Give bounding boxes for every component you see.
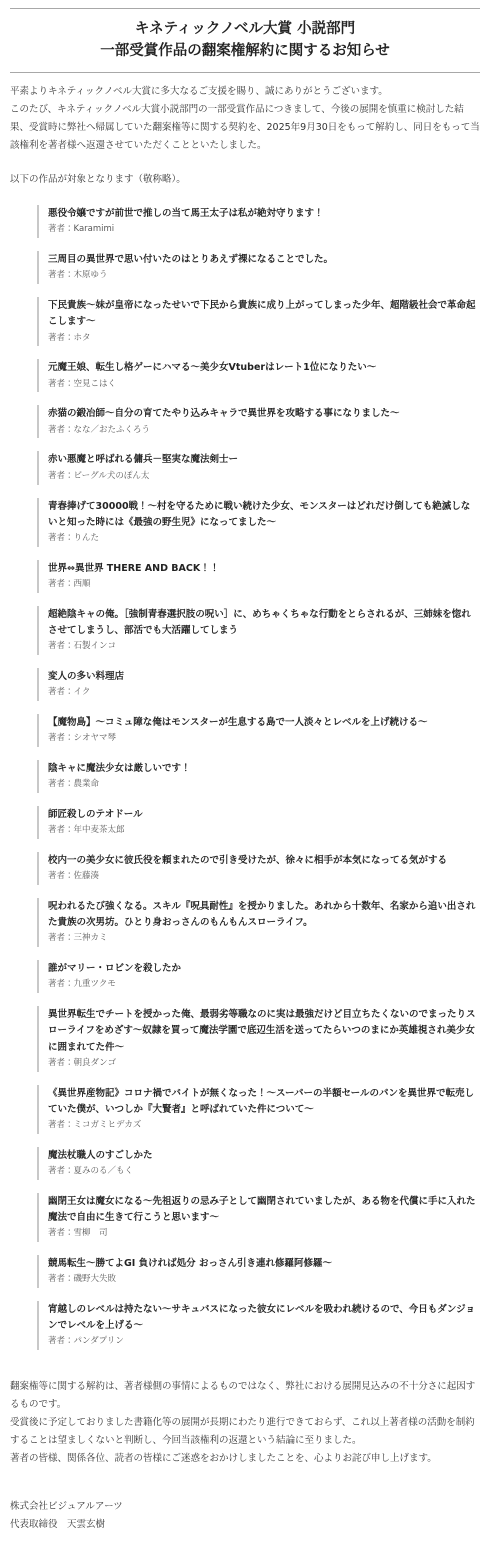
work-title: 下民貴族～妹が皇帝になったせいで下民から貴族に成り上がってしまった少年、超階級社… (48, 298, 478, 330)
work-title: 悪役令嬢ですが前世で推しの当て馬王太子は私が絶対守ります！ (48, 206, 478, 222)
work-title: 《異世界産物記》コロナ禍でバイトが無くなった！～スーパーの半額セールのパンを異世… (48, 1086, 478, 1118)
work-author: 著者：ホタ (48, 333, 478, 345)
author-label: 著者： (48, 425, 74, 435)
author-name: 夏みのる／もく (74, 1166, 134, 1176)
work-title: 青春捧げて30000戦！～村を守るために戦い続けた少女、モンスターはどれだけ倒し… (48, 499, 478, 531)
work-author: 著者：イク (48, 687, 478, 699)
work-item: 悪役令嬢ですが前世で推しの当て馬王太子は私が絶対守ります！ 著者：Karamim… (37, 205, 480, 238)
work-author: 著者：石製インコ (48, 641, 478, 653)
work-author: 著者：ビーグル犬のぽん太 (48, 471, 478, 483)
author-name: ミコガミヒデカズ (74, 1120, 142, 1130)
page-title-line1: キネティックノベル大賞 小説部門 (10, 18, 480, 40)
author-label: 著者： (48, 1120, 74, 1130)
announcement-page: キネティックノベル大賞 小説部門 一部受賞作品の翻案権解約に関するお知らせ 平素… (0, 0, 490, 1549)
signature-line: 代表取締役 天雲玄樹 (10, 1516, 480, 1534)
author-name: りんた (74, 533, 100, 543)
work-title: 幽閉王女は魔女になる～先祖返りの忌み子として幽閉されていましたが、ある物を代償に… (48, 1194, 478, 1226)
works-list: 悪役令嬢ですが前世で推しの当て馬王太子は私が絶対守ります！ 著者：Karamim… (10, 205, 480, 1350)
work-item: 師匠殺しのテオドール 著者：年中麦茶太郎 (37, 806, 480, 839)
author-name: 三神カミ (74, 933, 108, 943)
author-label: 著者： (48, 1336, 74, 1346)
author-label: 著者： (48, 270, 74, 280)
work-title: 校内一の美少女に彼氏役を頼まれたので引き受けたが、徐々に相手が本気になってる気が… (48, 853, 478, 869)
author-name: なな／おたふくろう (74, 425, 151, 435)
work-author: 著者：西順 (48, 579, 478, 591)
work-author: 著者：シオヤマ琴 (48, 733, 478, 745)
work-title: 超絶陰キャの俺。［強制青春選択肢の呪い］に、めちゃくちゃな行動をとらされるが、三… (48, 607, 478, 639)
work-item: 赤猫の鍛冶師～自分の育てたやり込みキャラで異世界を攻略する事になりました～ 著者… (37, 405, 480, 438)
author-name: シオヤマ琴 (74, 733, 117, 743)
work-title: 誰がマリー・ロビンを殺したか (48, 961, 478, 977)
author-label: 著者： (48, 333, 74, 343)
author-name: Karamimi (74, 224, 115, 234)
work-title: 陰キャに魔法少女は厳しいです！ (48, 761, 478, 777)
author-label: 著者： (48, 471, 74, 481)
work-item: 変人の多い料理店 著者：イク (37, 668, 480, 701)
work-author: 著者：磯野大失敗 (48, 1274, 478, 1286)
intro-paragraph: このたび、キネティックノベル大賞小説部門の一部受賞作品につきまして、今後の展開を… (10, 101, 480, 155)
work-title: 【魔物島】～コミュ障な俺はモンスターが生息する島で一人淡々とレベルを上げ続ける～ (48, 715, 478, 731)
work-author: 著者：空見こはく (48, 379, 478, 391)
work-item: 魔法杖職人のすごしかた 著者：夏みのる／もく (37, 1147, 480, 1180)
intro-section: 平素よりキネティックノベル大賞に多大なるご支援を賜り、誠にありがとうございます。… (10, 83, 480, 155)
work-title: 三周目の異世界で思い付いたのはとりあえず裸になることでした。 (48, 252, 478, 268)
work-author: 著者：年中麦茶太郎 (48, 825, 478, 837)
work-item: 世界⇔異世界 THERE AND BACK！！ 著者：西順 (37, 560, 480, 593)
author-label: 著者： (48, 1166, 74, 1176)
work-author: 著者：夏みのる／もく (48, 1166, 478, 1178)
work-title: 赤い悪魔と呼ばれる傭兵－堅実な魔法剣士ー (48, 452, 478, 468)
work-item: 宵越しのレベルは持たない～サキュバスになった彼女にレベルを吸われ続けるので、今日… (37, 1301, 480, 1350)
author-label: 著者： (48, 1058, 74, 1068)
author-name: 磯野大失敗 (74, 1274, 117, 1284)
top-divider (10, 8, 480, 9)
work-author: 著者：雪柳 司 (48, 1228, 478, 1240)
work-author: 著者：パンダプリン (48, 1336, 478, 1348)
work-title: 呪われるたび強くなる。スキル『呪具耐性』を授かりました。あれから十数年、名家から… (48, 899, 478, 931)
work-item: 元魔王娘、転生し格ゲーにハマる～美少女Vtuberはレート1位になりたい～ 著者… (37, 359, 480, 392)
work-title: 元魔王娘、転生し格ゲーにハマる～美少女Vtuberはレート1位になりたい～ (48, 360, 478, 376)
work-item: 【魔物島】～コミュ障な俺はモンスターが生息する島で一人淡々とレベルを上げ続ける～… (37, 714, 480, 747)
work-item: 競馬転生～勝てよGⅠ 負ければ処分 おっさん引き連れ修羅阿修羅～ 著者：磯野大失… (37, 1255, 480, 1288)
work-title: 変人の多い料理店 (48, 669, 478, 685)
author-name: 雪柳 司 (74, 1228, 108, 1238)
work-item: 幽閉王女は魔女になる～先祖返りの忌み子として幽閉されていましたが、ある物を代償に… (37, 1193, 480, 1242)
author-label: 著者： (48, 641, 74, 651)
author-label: 著者： (48, 1228, 74, 1238)
work-item: 呪われるたび強くなる。スキル『呪具耐性』を授かりました。あれから十数年、名家から… (37, 898, 480, 947)
work-item: 誰がマリー・ロビンを殺したか 著者：九重ツクモ (37, 960, 480, 993)
author-label: 著者： (48, 871, 74, 881)
author-label: 著者： (48, 379, 74, 389)
intro-paragraph: 平素よりキネティックノベル大賞に多大なるご支援を賜り、誠にありがとうございます。 (10, 83, 480, 101)
work-title: 世界⇔異世界 THERE AND BACK！！ (48, 561, 478, 577)
signature-section: 株式会社ビジュアルアーツ 代表取締役 天雲玄樹 (10, 1498, 480, 1533)
work-item: 陰キャに魔法少女は厳しいです！ 著者：農業命 (37, 760, 480, 793)
author-label: 著者： (48, 533, 74, 543)
work-author: 著者：佐藤湊 (48, 871, 478, 883)
work-title: 異世界転生でチートを授かった俺、最弱劣等職なのに実は最強だけど目立ちたくないので… (48, 1007, 478, 1055)
author-name: ホタ (74, 333, 91, 343)
author-label: 著者： (48, 1274, 74, 1284)
author-label: 著者： (48, 825, 74, 835)
author-label: 著者： (48, 779, 74, 789)
signature-line: 株式会社ビジュアルアーツ (10, 1498, 480, 1516)
work-author: 著者：ミコガミヒデカズ (48, 1120, 478, 1132)
work-item: 異世界転生でチートを授かった俺、最弱劣等職なのに実は最強だけど目立ちたくないので… (37, 1006, 480, 1071)
author-name: 木原ゆう (74, 270, 108, 280)
author-name: ビーグル犬のぽん太 (74, 471, 150, 481)
author-label: 著者： (48, 979, 74, 989)
author-name: 九重ツクモ (74, 979, 116, 989)
work-author: 著者：九重ツクモ (48, 979, 478, 991)
work-title: 赤猫の鍛冶師～自分の育てたやり込みキャラで異世界を攻略する事になりました～ (48, 406, 478, 422)
work-item: 赤い悪魔と呼ばれる傭兵－堅実な魔法剣士ー 著者：ビーグル犬のぽん太 (37, 451, 480, 484)
work-title: 師匠殺しのテオドール (48, 807, 478, 823)
work-author: 著者：朝良ダンゴ (48, 1058, 478, 1070)
work-author: 著者：木原ゆう (48, 270, 478, 282)
closing-paragraph: 翻案権等に関する解約は、著者様側の事情によるものではなく、弊社における展開見込み… (10, 1378, 480, 1414)
list-intro-text: 以下の作品が対象となります（敬称略）。 (10, 171, 480, 189)
work-item: 超絶陰キャの俺。［強制青春選択肢の呪い］に、めちゃくちゃな行動をとらされるが、三… (37, 606, 480, 655)
author-label: 著者： (48, 933, 74, 943)
closing-paragraph: 受賞後に予定しておりました書籍化等の展開が長期にわたり進行できておらず、これ以上… (10, 1414, 480, 1450)
author-label: 著者： (48, 579, 74, 589)
work-author: 著者：三神カミ (48, 933, 478, 945)
author-name: パンダプリン (74, 1336, 124, 1346)
work-author: 著者：りんた (48, 533, 478, 545)
page-title-line2: 一部受賞作品の翻案権解約に関するお知らせ (10, 40, 480, 62)
work-item: 《異世界産物記》コロナ禍でバイトが無くなった！～スーパーの半額セールのパンを異世… (37, 1085, 480, 1134)
work-item: 三周目の異世界で思い付いたのはとりあえず裸になることでした。 著者：木原ゆう (37, 251, 480, 284)
author-label: 著者： (48, 224, 74, 234)
author-label: 著者： (48, 687, 74, 697)
author-name: 朝良ダンゴ (74, 1058, 117, 1068)
author-name: 佐藤湊 (74, 871, 100, 881)
author-name: 空見こはく (74, 379, 117, 389)
author-name: 年中麦茶太郎 (74, 825, 125, 835)
work-item: 校内一の美少女に彼氏役を頼まれたので引き受けたが、徐々に相手が本気になってる気が… (37, 852, 480, 885)
author-label: 著者： (48, 733, 74, 743)
work-title: 魔法杖職人のすごしかた (48, 1148, 478, 1164)
closing-section: 翻案権等に関する解約は、著者様側の事情によるものではなく、弊社における展開見込み… (10, 1378, 480, 1468)
page-title: キネティックノベル大賞 小説部門 一部受賞作品の翻案権解約に関するお知らせ (10, 18, 480, 63)
work-title: 競馬転生～勝てよGⅠ 負ければ処分 おっさん引き連れ修羅阿修羅～ (48, 1256, 478, 1272)
author-name: 西順 (74, 579, 91, 589)
work-title: 宵越しのレベルは持たない～サキュバスになった彼女にレベルを吸われ続けるので、今日… (48, 1302, 478, 1334)
closing-paragraph: 著者の皆様、関係各位、読者の皆様にご迷惑をおかけしましたことを、心よりお詫び申し… (10, 1450, 480, 1468)
title-divider (10, 72, 480, 73)
work-item: 青春捧げて30000戦！～村を守るために戦い続けた少女、モンスターはどれだけ倒し… (37, 498, 480, 547)
work-author: 著者：なな／おたふくろう (48, 425, 478, 437)
author-name: イク (74, 687, 91, 697)
work-author: 著者：Karamimi (48, 224, 478, 236)
work-item: 下民貴族～妹が皇帝になったせいで下民から貴族に成り上がってしまった少年、超階級社… (37, 297, 480, 346)
work-author: 著者：農業命 (48, 779, 478, 791)
author-name: 農業命 (74, 779, 100, 789)
author-name: 石製インコ (74, 641, 117, 651)
